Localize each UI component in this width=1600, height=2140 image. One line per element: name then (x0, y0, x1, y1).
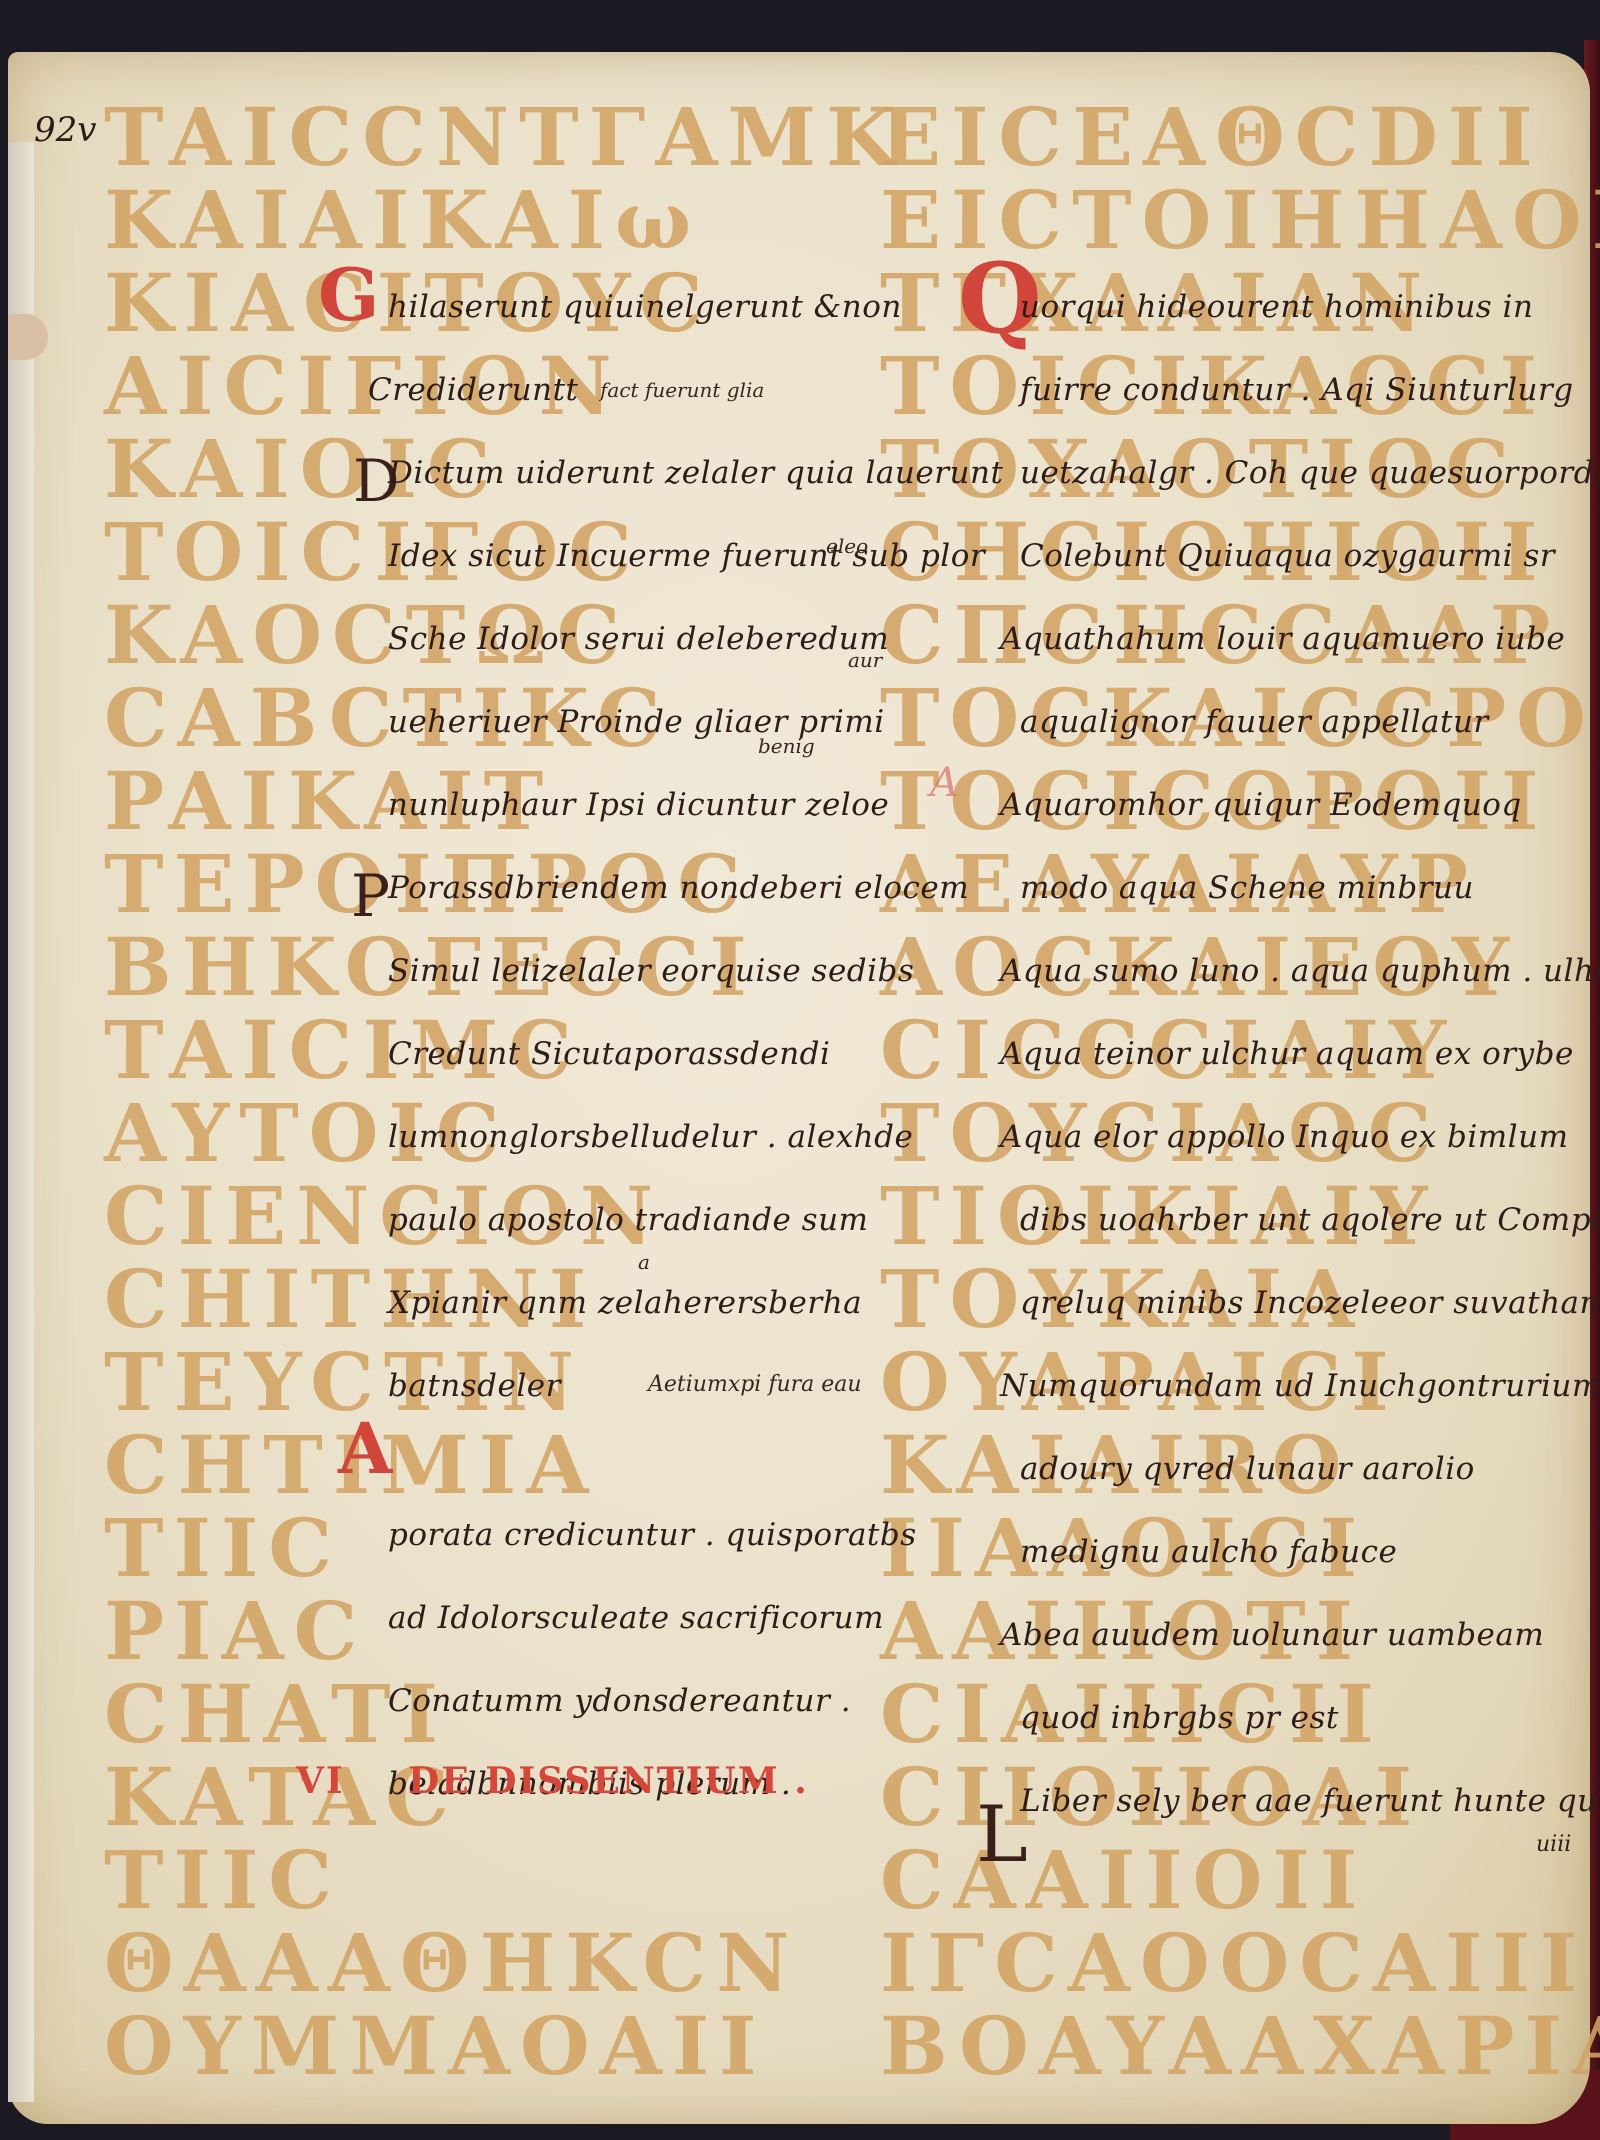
text-line: hilaserunt quiuinelgerunt &non (388, 266, 908, 349)
text-line: Abea auudem uolunaur uambeam (1000, 1594, 1580, 1677)
greek-undertext-line: ΘAAAΘHKCN (104, 1922, 906, 2005)
text-line: aqualignor fauuer appellatur (1020, 681, 1580, 764)
interlinear-gloss: fact fuerunt glia (600, 378, 764, 402)
greek-undertext-line: IΓCAOOCAIII (880, 1922, 1600, 2005)
text-line: adoury qvred lunaur aarolio (1020, 1428, 1580, 1511)
manuscript-folio: 92v TAICCNTΓAMKKAIAIKAIωKIACITOYCAICIΓIO… (8, 52, 1590, 2124)
text-line: Porassdbriendem nondeberi elocem (388, 847, 908, 930)
rubric-heading: DE DISSENTIUM . (408, 1760, 809, 1802)
text-line: fuirre conduntur . Aqi Siunturlurg (1020, 349, 1580, 432)
folio-edge (8, 142, 34, 2102)
latin-column-right: uorqui hideourent hominibus in fuirre co… (1020, 266, 1580, 1843)
initial-g: G (318, 252, 380, 337)
text-line: nunluphaur Ipsi dicuntur zeloe (388, 764, 908, 847)
interlinear-gloss: benig (758, 734, 815, 758)
initial-a: A (338, 1407, 392, 1490)
latin-column-left: hilaserunt quiuinelgerunt &non Credideru… (388, 266, 908, 1826)
binding-tie (8, 314, 48, 360)
interlinear-gloss: eleo (826, 534, 868, 558)
text-line: Liber sely ber aae fuerunt hunte quidu (1020, 1760, 1580, 1843)
margin-letter-faded-red: A (930, 760, 959, 806)
text-line: Conatumm ydonsdereantur . (388, 1660, 908, 1743)
text-line: quod inbrgbs pr est (1020, 1677, 1580, 1760)
text-line: lumnonglorsbelludelur . alexhde (388, 1096, 908, 1179)
greek-undertext-line: BOAYAAXAPIA (880, 2005, 1600, 2088)
text-line: modo aqua Schene minbruu (1020, 847, 1580, 930)
text-line: Simul lelizelaler eorquise sedibs (388, 930, 908, 1013)
greek-undertext-line: OYMMAOAII (104, 2005, 906, 2088)
text-line: Xpianir qnm zelaherersberha (388, 1262, 908, 1345)
text-line: Aquaromhor quiqur Eodemquoq (1000, 764, 1580, 847)
text-line: Colebunt Quiuaqua ozygaurmi sr (1020, 515, 1580, 598)
text-line: ueheriuer Proinde gliaer primi (388, 681, 908, 764)
text-line: Dictum uiderunt zelaler quia lauerunt (388, 432, 908, 515)
greek-undertext-line: TIIC (104, 1839, 906, 1922)
quire-signature: uiii (1536, 1832, 1571, 1857)
text-line: ad Idolorsculeate sacrificorum (388, 1577, 908, 1660)
text-line: porata credicuntur . quisporatbs (388, 1494, 908, 1577)
text-line: Aqua sumo luno . aqua quphum . ulhur (1000, 930, 1580, 1013)
greek-undertext-line: KAIAIKAIω (104, 179, 906, 262)
interlinear-gloss: a (638, 1250, 650, 1274)
text-line: Aquathahum louir aquamuero iube (1000, 598, 1580, 681)
text-line: Credunt Sicutaporassdendi (388, 1013, 908, 1096)
marginal-gloss: Aetiumxpi fura eau (648, 1372, 862, 1397)
text-line: Aqua elor appollo Inquo ex bimlum (1000, 1096, 1580, 1179)
folio-number: 92v (34, 110, 96, 150)
greek-undertext-line: TAICCNTΓAMK (104, 96, 906, 179)
initial-p: P (351, 862, 390, 930)
text-line: Numquorundam ud Inuchgontrurium (1000, 1345, 1580, 1428)
text-line: uetzahalgr . Coh que quaesuorpordinorden (1020, 432, 1580, 515)
interlinear-gloss: aur (848, 648, 882, 672)
greek-undertext-line: EICEAΘCDII (880, 96, 1600, 179)
text-line: Sche Idolor serui deleberedum (388, 598, 908, 681)
text-line: dibs uoahrber unt aqolere ut Comport (1020, 1179, 1580, 1262)
text-line: medignu aulcho fabuce (1020, 1511, 1580, 1594)
spacer (388, 1428, 908, 1494)
text-line: qreluq minibs Incozeleeor suvathant (1020, 1262, 1580, 1345)
text-line: Aqua teinor ulchur aquam ex orybe (1000, 1013, 1580, 1096)
text-line: uorqui hideourent hominibus in (1020, 266, 1580, 349)
rubric-numeral: VI (296, 1760, 345, 1802)
